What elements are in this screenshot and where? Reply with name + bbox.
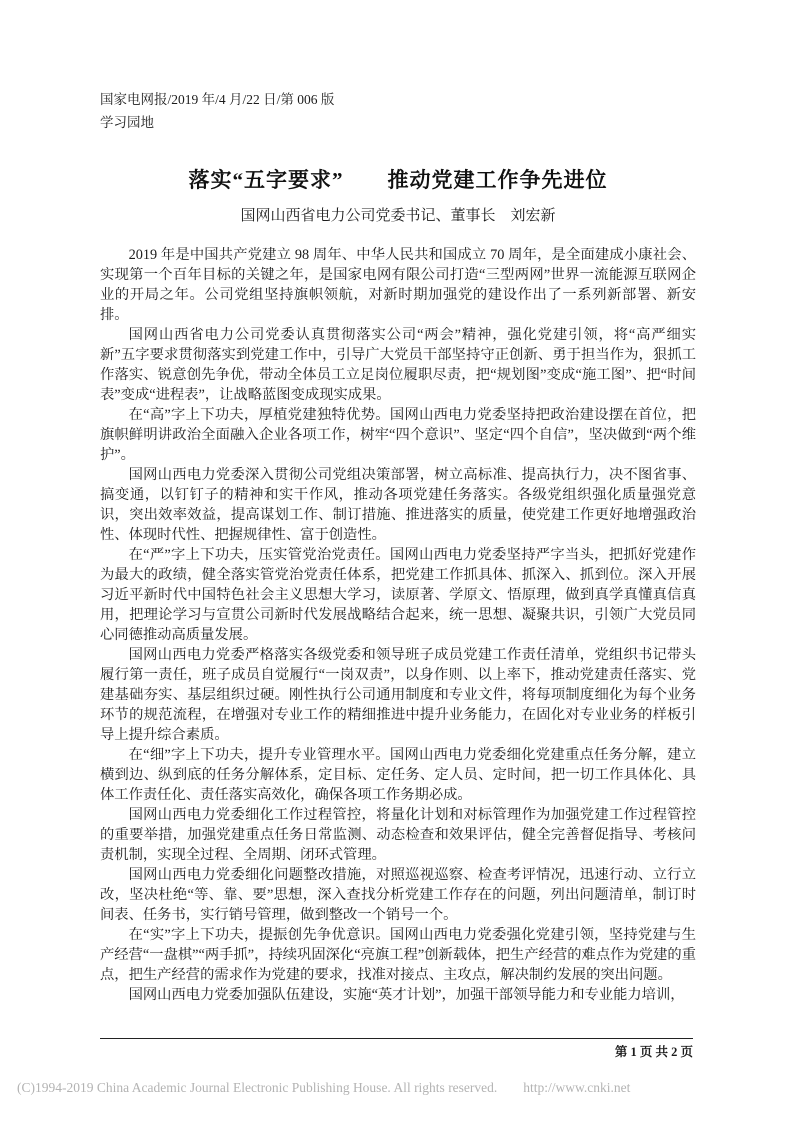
article-paragraph: 国网山西电力党委细化问题整改措施，对照巡视巡察、检查考评情况，迅速行动、立行立改… [100, 865, 696, 925]
article-paragraph: 国网山西电力党委细化工作过程管控，将量化计划和对标管理作为加强党建工作过程管控的… [100, 805, 696, 865]
document-header: 国家电网报/2019 年/4 月/22 日/第 006 版 学习园地 [100, 88, 696, 134]
article-byline: 国网山西省电力公司党委书记、董事长 刘宏新 [100, 204, 696, 225]
cnki-url: http://www.cnki.net [523, 1080, 630, 1095]
article-paragraph: 国网山西省电力公司党委认真贯彻落实公司“两会”精神，强化党建引领，将“高严细实新… [100, 325, 696, 405]
article-paragraph: 在“实”字上下功夫，提振创先争优意识。国网山西电力党委强化党建引领，坚持党建与生… [100, 925, 696, 985]
article-paragraph: 2019 年是中国共产党建立 98 周年、中华人民共和国成立 70 周年，是全面… [100, 245, 696, 325]
article-title: 落实“五字要求” 推动党建工作争先进位 [100, 164, 696, 194]
source-publication-line: 国家电网报/2019 年/4 月/22 日/第 006 版 [100, 88, 696, 111]
article-body: 2019 年是中国共产党建立 98 周年、中华人民共和国成立 70 周年，是全面… [100, 245, 696, 1005]
article-paragraph: 国网山西电力党委加强队伍建设，实施“英才计划”，加强干部领导能力和专业能力培训， [100, 985, 696, 1005]
article-paragraph: 在“严”字上下功夫，压实管党治党责任。国网山西电力党委坚持严字当头，把抓好党建作… [100, 545, 696, 645]
copyright-text: (C)1994-2019 China Academic Journal Elec… [17, 1080, 497, 1095]
page-indicator: 第 1 页 共 2 页 [100, 1042, 693, 1060]
article-paragraph: 在“高”字上下功夫，厚植党建独特优势。国网山西电力党委坚持把政治建设摆在首位，把… [100, 405, 696, 465]
article-paragraph: 国网山西电力党委深入贯彻公司党组决策部署，树立高标准、提高执行力，决不图省事、搞… [100, 465, 696, 545]
article-paragraph: 在“细”字上下功夫，提升专业管理水平。国网山西电力党委细化党建重点任务分解，建立… [100, 745, 696, 805]
article-paragraph: 国网山西电力党委严格落实各级党委和领导班子成员党建工作责任清单，党组织书记带头履… [100, 645, 696, 745]
column-name: 学习园地 [100, 111, 696, 134]
footer-divider [100, 1038, 693, 1039]
document-page: 国家电网报/2019 年/4 月/22 日/第 006 版 学习园地 落实“五字… [0, 0, 793, 1122]
copyright-watermark: (C)1994-2019 China Academic Journal Elec… [17, 1080, 777, 1096]
